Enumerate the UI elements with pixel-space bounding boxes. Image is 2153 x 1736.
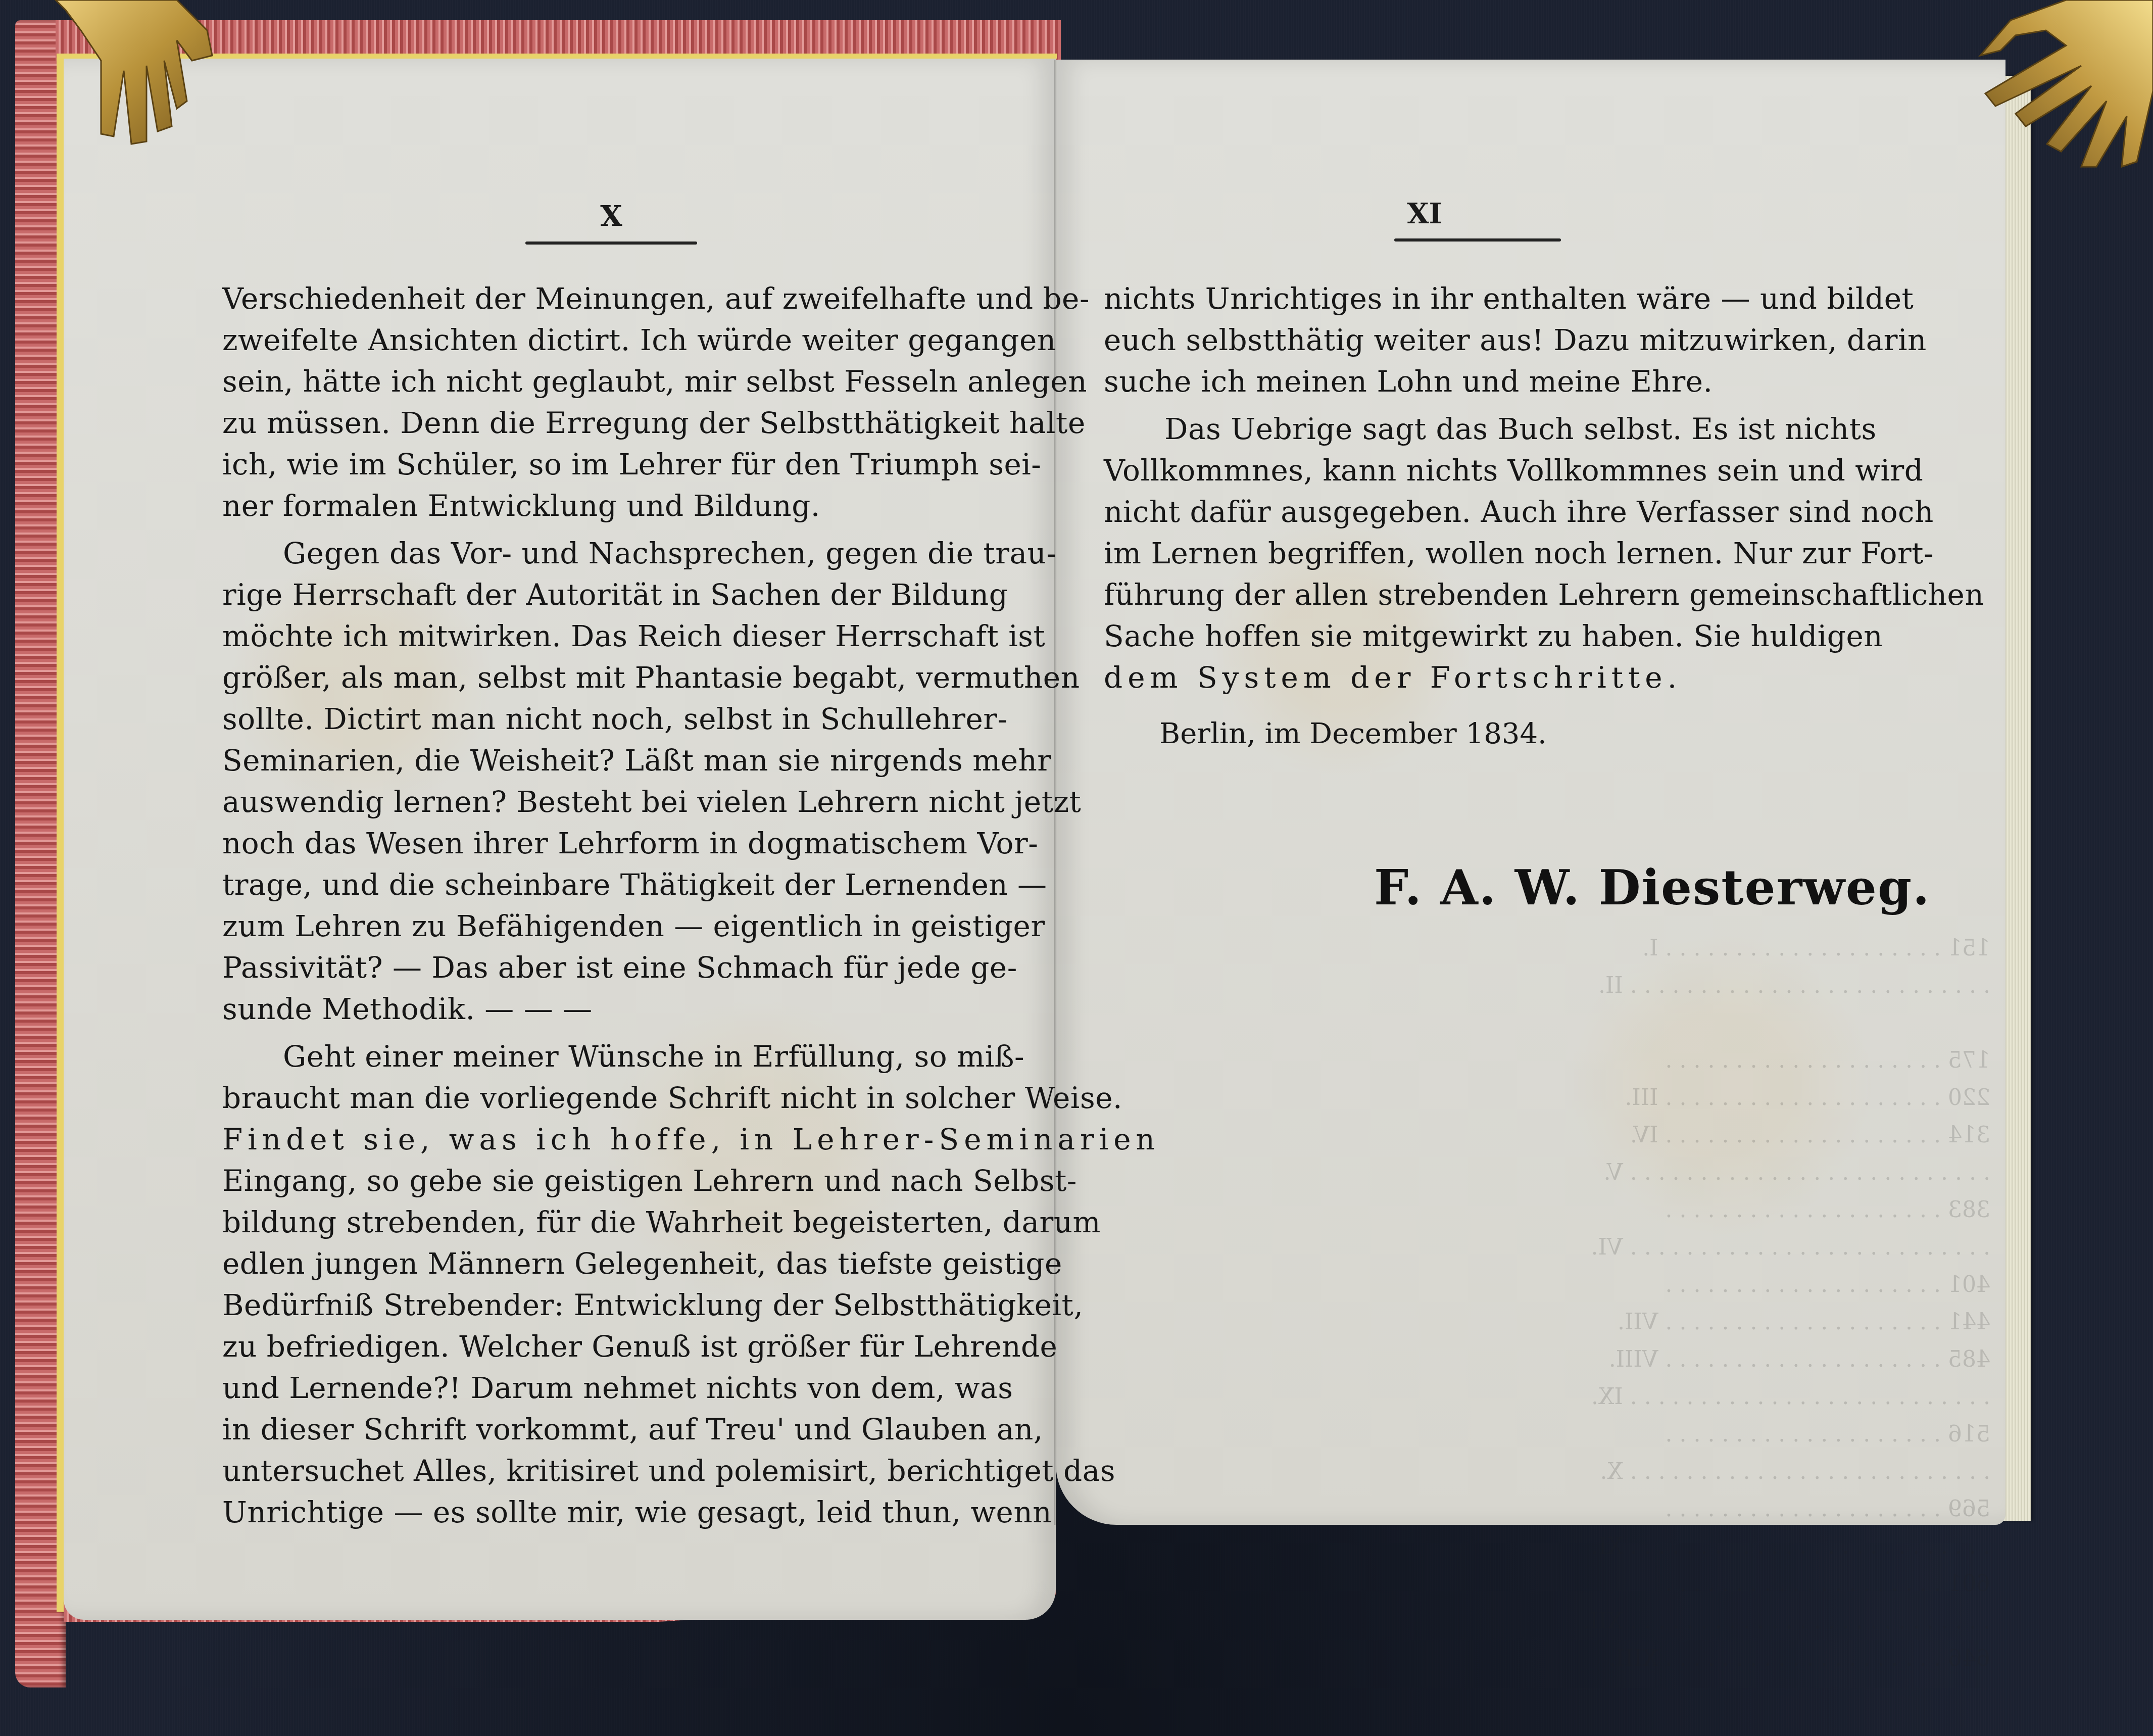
- bleed-line: [1106, 1004, 1990, 1042]
- text-line: zu befriedigen. Welcher Genuß ist größer…: [222, 1326, 985, 1367]
- text-line: Findet sie, was ich hoffe, in Lehrer-Sem…: [222, 1119, 985, 1160]
- text-line: bildung strebenden, für die Wahrheit beg…: [222, 1201, 985, 1243]
- text-line: sein, hätte ich nicht geglaubt, mir selb…: [222, 361, 985, 402]
- text-line: Vollkommnes, kann nichts Vollkommnes sei…: [1104, 450, 1846, 491]
- text-line: Sache hoffen sie mitgewirkt zu haben. Si…: [1104, 615, 1846, 657]
- text-line: zu müssen. Denn die Erregung der Selbstt…: [222, 402, 985, 444]
- right-header-rule: [1394, 238, 1561, 242]
- bleed-line: 516 . . . . . . . . . . . . . . . . . . …: [1106, 1416, 1990, 1453]
- text-line: nichts Unrichtiges in ihr enthalten wäre…: [1104, 278, 1846, 319]
- gilt-edge-left: [57, 56, 64, 1612]
- text-line: nicht dafür ausgegeben. Auch ihre Verfas…: [1104, 491, 1846, 533]
- bleed-line: 485 . . . . . . . . . . . . . . . . . . …: [1106, 1341, 1990, 1378]
- text-line: Seminarien, die Weisheit? Läßt man sie n…: [222, 740, 985, 781]
- bleed-line: 569 . . . . . . . . . . . . . . . . . . …: [1106, 1490, 1990, 1528]
- bleed-line: 151 . . . . . . . . . . . . . . . . . . …: [1106, 930, 1990, 967]
- text-line: sunde Methodik. — — —: [222, 988, 985, 1030]
- text-line: Das Uebrige sagt das Buch selbst. Es ist…: [1104, 408, 1846, 450]
- text-line: Verschiedenheit der Meinungen, auf zweif…: [222, 278, 985, 319]
- text-line: Geht einer meiner Wünsche in Erfüllung, …: [222, 1036, 985, 1077]
- bleed-line: 441 . . . . . . . . . . . . . . . . . . …: [1106, 1304, 1990, 1341]
- bleed-line: 401 . . . . . . . . . . . . . . . . . . …: [1106, 1266, 1990, 1304]
- bleed-line: 646 . . . . . . . . . . . . . . . . . . …: [1106, 1640, 1990, 1677]
- text-line: dem System der Fortschritte.: [1104, 657, 1846, 698]
- text-line: zum Lehren zu Befähigenden — eigentlich …: [222, 905, 985, 947]
- bleed-line: . . . . . . . . . . . . . . . . . . . . …: [1106, 1603, 1990, 1640]
- text-line: trage, und die scheinbare Thätigkeit der…: [222, 864, 985, 905]
- bleed-line: 601 . . . . . . . . . . . . . . . . . . …: [1106, 1565, 1990, 1603]
- bleed-line: . . . . . . . . . . . . . . . . . . . . …: [1106, 1378, 1990, 1416]
- text-line: zweifelte Ansichten dictirt. Ich würde w…: [222, 319, 985, 361]
- text-line: größer, als man, selbst mit Phantasie be…: [222, 657, 985, 698]
- text-line: ner formalen Entwicklung und Bildung.: [222, 485, 985, 526]
- text-line: auswendig lernen? Besteht bei vielen Leh…: [222, 781, 985, 823]
- bleed-line: . . . . . . . . . . . . . . . . . . . . …: [1106, 1154, 1990, 1191]
- text-line: euch selbstthätig weiter aus! Dazu mitzu…: [1104, 319, 1846, 361]
- text-line: untersuchet Alles, kritisiret und polemi…: [222, 1450, 985, 1491]
- text-line: ich, wie im Schüler, so im Lehrer für de…: [222, 444, 985, 485]
- bleed-line: . . . . . . . . . . . . . . . . . . . . …: [1106, 1229, 1990, 1266]
- text-line: Gegen das Vor- und Nachsprechen, gegen d…: [222, 533, 985, 574]
- left-page-number: X: [510, 200, 712, 233]
- text-line: Eingang, so gebe sie geistigen Lehrern u…: [222, 1160, 985, 1201]
- text-line: möchte ich mitwirken. Das Reich dieser H…: [222, 615, 985, 657]
- bleed-through-text: 151 . . . . . . . . . . . . . . . . . . …: [1106, 930, 1990, 1677]
- brass-hand-left-icon: [25, 0, 217, 162]
- text-line: Bedürfniß Strebender: Entwicklung der Se…: [222, 1284, 985, 1326]
- text-line: in dieser Schrift vorkommt, auf Treu' un…: [222, 1409, 985, 1450]
- text-line: noch das Wesen ihrer Lehrform in dogmati…: [222, 823, 985, 864]
- text-line: edlen jungen Männern Gelegenheit, das ti…: [222, 1243, 985, 1284]
- text-line: sollte. Dictirt man nicht noch, selbst i…: [222, 698, 985, 740]
- bleed-line: 175 . . . . . . . . . . . . . . . . . . …: [1106, 1042, 1990, 1079]
- right-page-number: XI: [1324, 197, 1526, 230]
- text-line: im Lernen begriffen, wollen noch lernen.…: [1104, 533, 1846, 574]
- bleed-line: . . . . . . . . . . . . . . . . . . . . …: [1106, 1528, 1990, 1565]
- bleed-line: . . . . . . . . . . . . . . . . . . . . …: [1106, 967, 1990, 1004]
- text-line: Unrichtige — es sollte mir, wie gesagt, …: [222, 1491, 985, 1533]
- brass-hand-right-icon: [1915, 0, 2153, 192]
- text-line: suche ich meinen Lohn und meine Ehre.: [1104, 361, 1846, 402]
- bleed-line: 383 . . . . . . . . . . . . . . . . . . …: [1106, 1191, 1990, 1229]
- text-line: und Lernende?! Darum nehmet nichts von d…: [222, 1367, 985, 1409]
- bleed-line: . . . . . . . . . . . . . . . . . . . . …: [1106, 1453, 1990, 1490]
- text-line: Passivität? — Das aber ist eine Schmach …: [222, 947, 985, 988]
- text-line: braucht man die vorliegende Schrift nich…: [222, 1077, 985, 1119]
- bleed-line: 220 . . . . . . . . . . . . . . . . . . …: [1106, 1079, 1990, 1117]
- text-line: führung der allen strebenden Lehrern gem…: [1104, 574, 1846, 615]
- left-header-rule: [525, 242, 697, 245]
- text-line: rige Herrschaft der Autorität in Sachen …: [222, 574, 985, 615]
- bleed-line: 314 . . . . . . . . . . . . . . . . . . …: [1106, 1117, 1990, 1154]
- dateline: Berlin, im December 1834.: [1159, 717, 1547, 750]
- author-signature: F. A. W. Diesterweg.: [1374, 859, 1930, 916]
